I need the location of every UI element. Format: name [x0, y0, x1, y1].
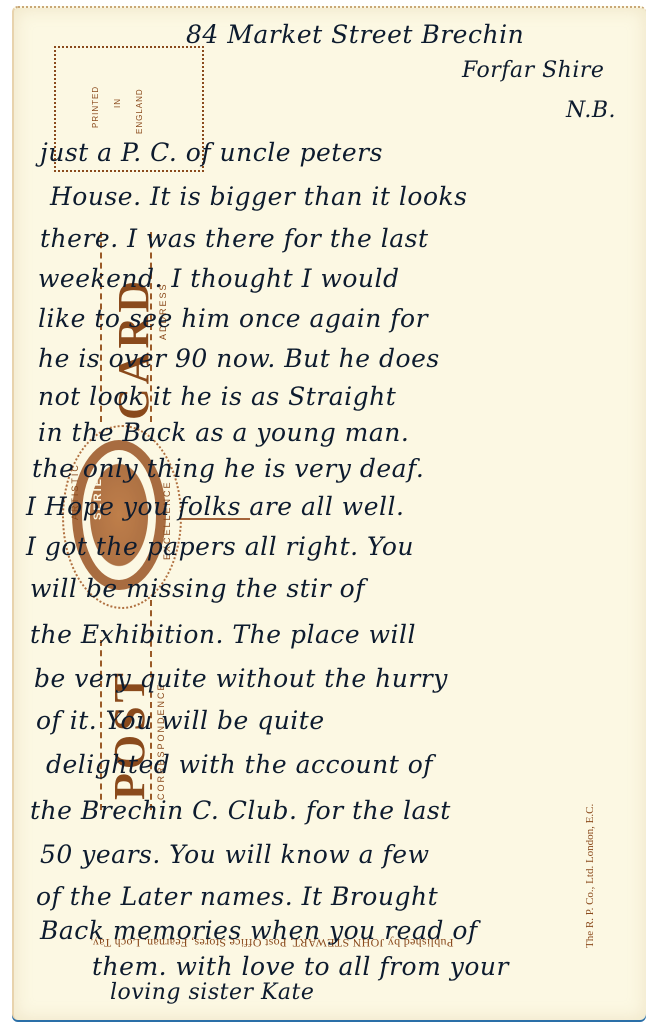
message-line: in the Back as a young man.: [38, 420, 409, 445]
message-line: House. It is bigger than it looks: [50, 184, 467, 209]
message-line: of it. You will be quite: [36, 708, 325, 733]
message-line: the only thing he is very deaf.: [32, 456, 424, 481]
message-line: he is over 90 now. But he does: [38, 346, 440, 371]
message-line: just a P. C. of uncle peters: [40, 140, 383, 165]
message-line: I Hope you folks are all well.: [26, 494, 404, 519]
message-line: them. with love to all from your: [92, 954, 509, 979]
signature-line: loving sister Kate: [110, 982, 314, 1004]
message-line: delighted with the account of: [46, 752, 433, 777]
message-line: the Exhibition. The place will: [30, 622, 416, 647]
address-line-2: Forfar Shire: [462, 60, 604, 82]
message-line: weekend. I thought I would: [38, 266, 400, 291]
in-label: IN: [113, 98, 122, 108]
england-label: ENGLAND: [135, 88, 144, 134]
message-line: not look it he is as Straight: [38, 384, 396, 409]
printed-label: PRINTED: [91, 86, 100, 128]
message-line: be very quite without the hurry: [34, 666, 448, 691]
message-line: there. I was there for the last: [40, 226, 429, 251]
printer-credit: The R. P. Co., Ltd. London, E.C.: [584, 804, 596, 948]
message-line: 50 years. You will know a few: [40, 842, 429, 867]
message-line: I got the papers all right. You: [26, 534, 414, 559]
address-line-3: N.B.: [566, 100, 616, 122]
message-line: will be missing the stir of: [30, 576, 365, 601]
message-line: like to see him once again for: [38, 306, 428, 331]
address-line-1: 84 Market Street Brechin: [186, 22, 524, 47]
message-line: of the Later names. It Brought: [36, 884, 438, 909]
message-line: the Brechin C. Club. for the last: [30, 798, 451, 823]
correspondence-label: CORRESPONDENCE: [156, 682, 166, 800]
message-line: Back memories when you read of: [40, 918, 478, 943]
